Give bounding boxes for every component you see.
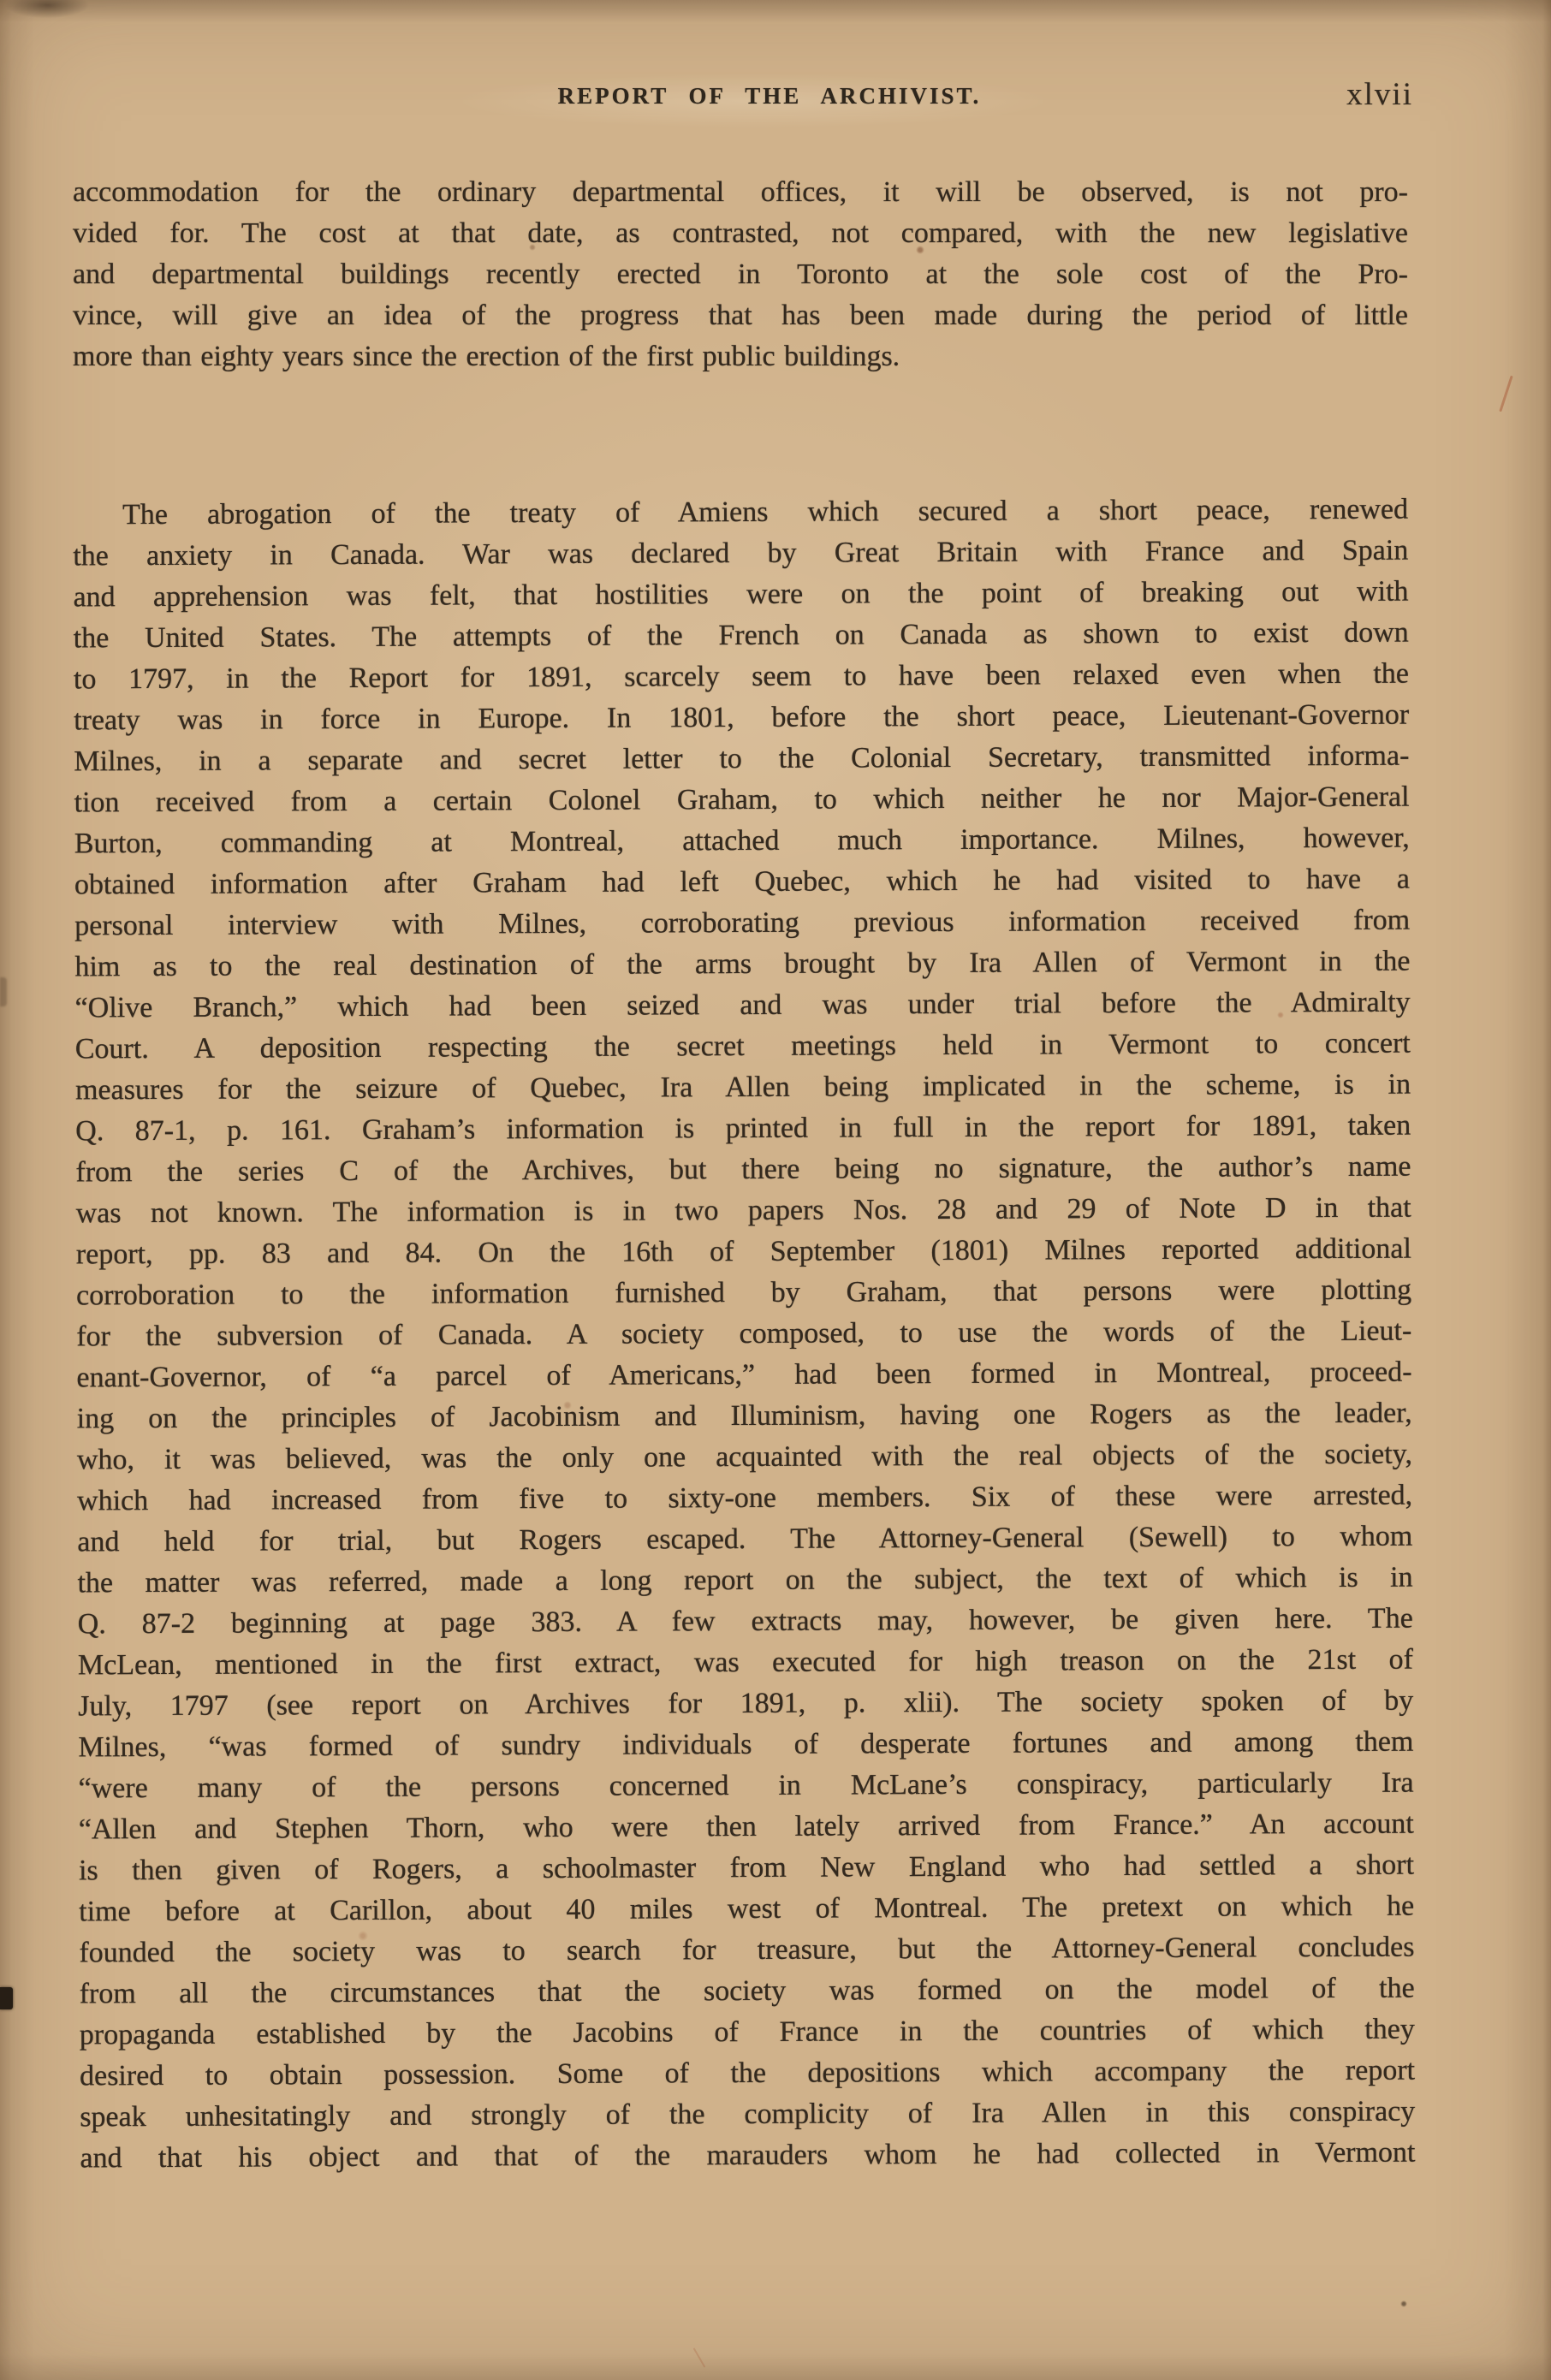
text-line: and departmental buildings recently erec… [73,254,1408,295]
text-line: vided for. The cost at that date, as con… [73,213,1408,254]
text-line: propaganda established by the Jacobins o… [80,2009,1415,2057]
text-line: Q. 87-2 beginning at page 383. A few ext… [78,1599,1413,1646]
text-line: “were many of the persons concerned in M… [79,1763,1414,1810]
text-line: ing on the principles of Jacobinism and … [77,1393,1412,1440]
text-line: Court. A deposition respecting the secre… [75,1024,1411,1071]
scanned-page: REPORT OF THE ARCHIVIST. xlvii accommoda… [0,0,1551,2380]
text-line: Milnes, in a separate and secret letter … [74,736,1409,783]
text-line: was not known. The information is in two… [76,1188,1411,1235]
text-line: “Allen and Stephen Thorn, who were then … [79,1804,1414,1851]
page-header: REPORT OF THE ARCHIVIST. xlvii [73,83,1408,124]
text-line: the anxiety in Canada. War was declared … [73,531,1408,578]
ink-smudge [0,1987,13,2009]
page-content: REPORT OF THE ARCHIVIST. xlvii accommoda… [73,83,1408,2176]
text-line: founded the society was to search for tr… [79,1927,1414,1974]
text-line: him as to the real destination of the ar… [74,941,1410,988]
text-line: for the subversion of Canada. A society … [76,1311,1411,1358]
paper-fiber [1499,376,1512,412]
paragraph: The abrogation of the treaty of Amiens w… [73,490,1416,2180]
text-line: accommodation for the ordinary departmen… [73,172,1408,213]
text-line: Q. 87-1, p. 161. Graham’s information is… [75,1106,1411,1153]
text-line: July, 1797 (see report on Archives for 1… [78,1681,1413,1728]
text-line: tion received from a certain Colonel Gra… [74,777,1409,824]
text-line: is then given of Rogers, a schoolmaster … [79,1845,1414,1892]
page-number: xlvii [1346,76,1413,113]
text-line: treaty was in force in Europe. In 1801, … [74,695,1409,742]
paragraph: accommodation for the ordinary departmen… [73,172,1408,377]
text-line: more than eighty years since the erectio… [73,336,1408,377]
text-line: who, it was believed, was the only one a… [77,1434,1412,1481]
edge-smudge [0,977,7,1006]
text-line: corroboration to the information furnish… [76,1270,1411,1317]
text-line: The abrogation of the treaty of Amiens w… [73,490,1408,537]
page-text: accommodation for the ordinary departmen… [73,172,1408,2176]
text-line: the matter was referred, made a long rep… [77,1558,1412,1605]
text-line: speak unhesitatingly and strongly of the… [80,2092,1415,2139]
text-line: Burton, commanding at Montreal, attached… [74,818,1410,865]
text-line: obtained information after Graham had le… [74,859,1410,906]
text-line: measures for the seizure of Quebec, Ira … [75,1065,1411,1112]
text-line: from all the circumstances that the soci… [80,1968,1415,2015]
text-line: and held for trial, but Rogers escaped. … [77,1516,1412,1564]
text-line: the United States. The attempts of the F… [74,613,1409,660]
text-line: to 1797, in the Report for 1891, scarcel… [74,654,1409,701]
text-line: vince, will give an idea of the progress… [73,295,1408,336]
text-line: which had increased from five to sixty-o… [77,1475,1412,1522]
text-line: report, pp. 83 and 84. On the 16th of Se… [76,1229,1411,1276]
paper-fiber [693,2347,706,2368]
text-line: personal interview with Milnes, corrobor… [74,900,1410,947]
text-line: McLean, mentioned in the first extract, … [78,1640,1413,1687]
text-line: from the series C of the Archives, but t… [75,1147,1411,1194]
text-line: “Olive Branch,” which had been seized an… [75,982,1411,1030]
text-line: enant-Governor, of “a parcel of American… [76,1352,1411,1399]
text-line: desired to obtain possession. Some of th… [80,2051,1415,2098]
text-line: time before at Carillon, about 40 miles … [79,1886,1414,1933]
text-line: and that his object and that of the mara… [80,2133,1415,2180]
text-line: Milnes, “was formed of sundry individual… [78,1722,1413,1769]
running-title: REPORT OF THE ARCHIVIST. [102,83,1437,110]
text-line: and apprehension was felt, that hostilit… [73,572,1408,619]
